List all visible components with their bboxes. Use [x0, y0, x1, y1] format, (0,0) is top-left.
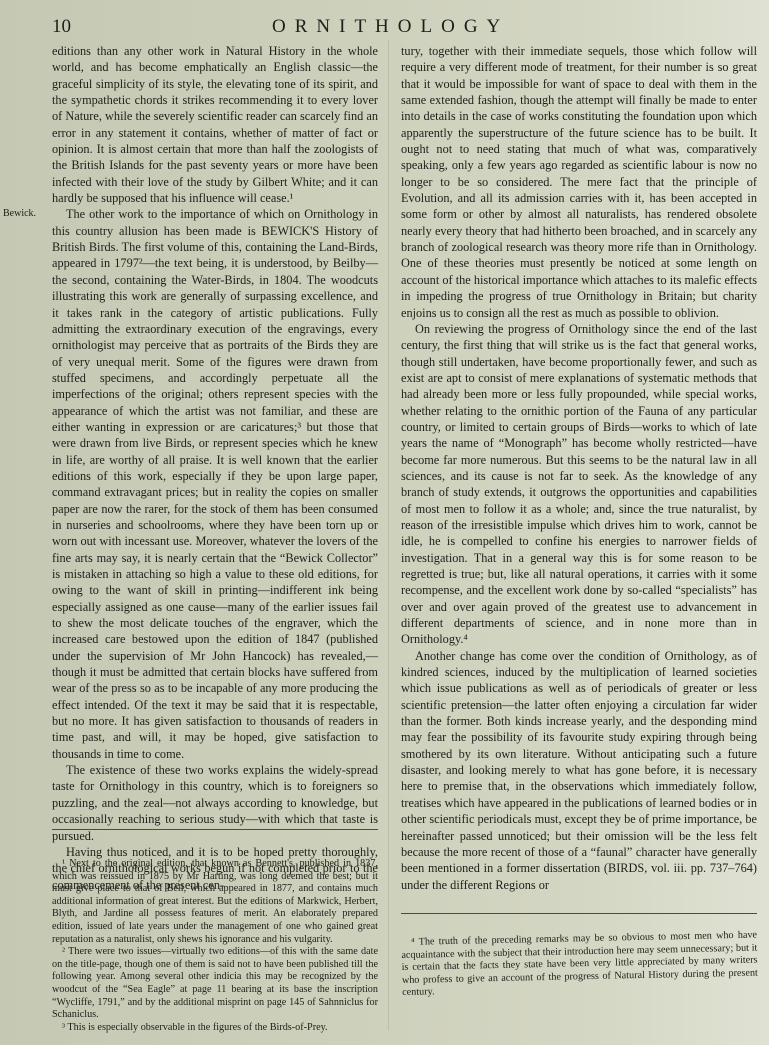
footnote-divider-right: [401, 913, 757, 914]
paragraph: The other work to the importance of whic…: [52, 206, 378, 762]
footnote-divider-left: [52, 829, 378, 830]
right-column: tury, together with their immediate sequ…: [401, 43, 757, 893]
page-header: 10 ORNITHOLOGY: [52, 16, 732, 40]
footnote: ² There were two issues—virtually two ed…: [52, 946, 378, 1022]
paragraph: editions than any other work in Natural …: [52, 43, 378, 206]
footnotes-left: ¹ Next to the original edition, that kno…: [52, 858, 378, 1034]
page-number: 10: [52, 16, 71, 38]
paragraph: On reviewing the progress of Ornithology…: [401, 321, 757, 648]
footnote: ¹ Next to the original edition, that kno…: [52, 858, 378, 946]
paragraph: Another change has come over the conditi…: [401, 648, 757, 893]
margin-sidenote: Bewick.: [3, 208, 36, 219]
footnote: ³ This is especially observable in the f…: [52, 1022, 378, 1035]
column-gutter: [388, 40, 389, 1030]
footnotes-right: ⁴ The truth of the preceding remarks may…: [401, 930, 758, 1000]
left-column: editions than any other work in Natural …: [52, 43, 378, 893]
book-page: 10 ORNITHOLOGY Bewick. editions than any…: [0, 0, 769, 1045]
footnote: ⁴ The truth of the preceding remarks may…: [401, 930, 758, 1000]
running-title: ORNITHOLOGY: [272, 16, 509, 38]
paragraph: tury, together with their immediate sequ…: [401, 43, 757, 321]
paragraph: The existence of these two works explain…: [52, 762, 378, 844]
